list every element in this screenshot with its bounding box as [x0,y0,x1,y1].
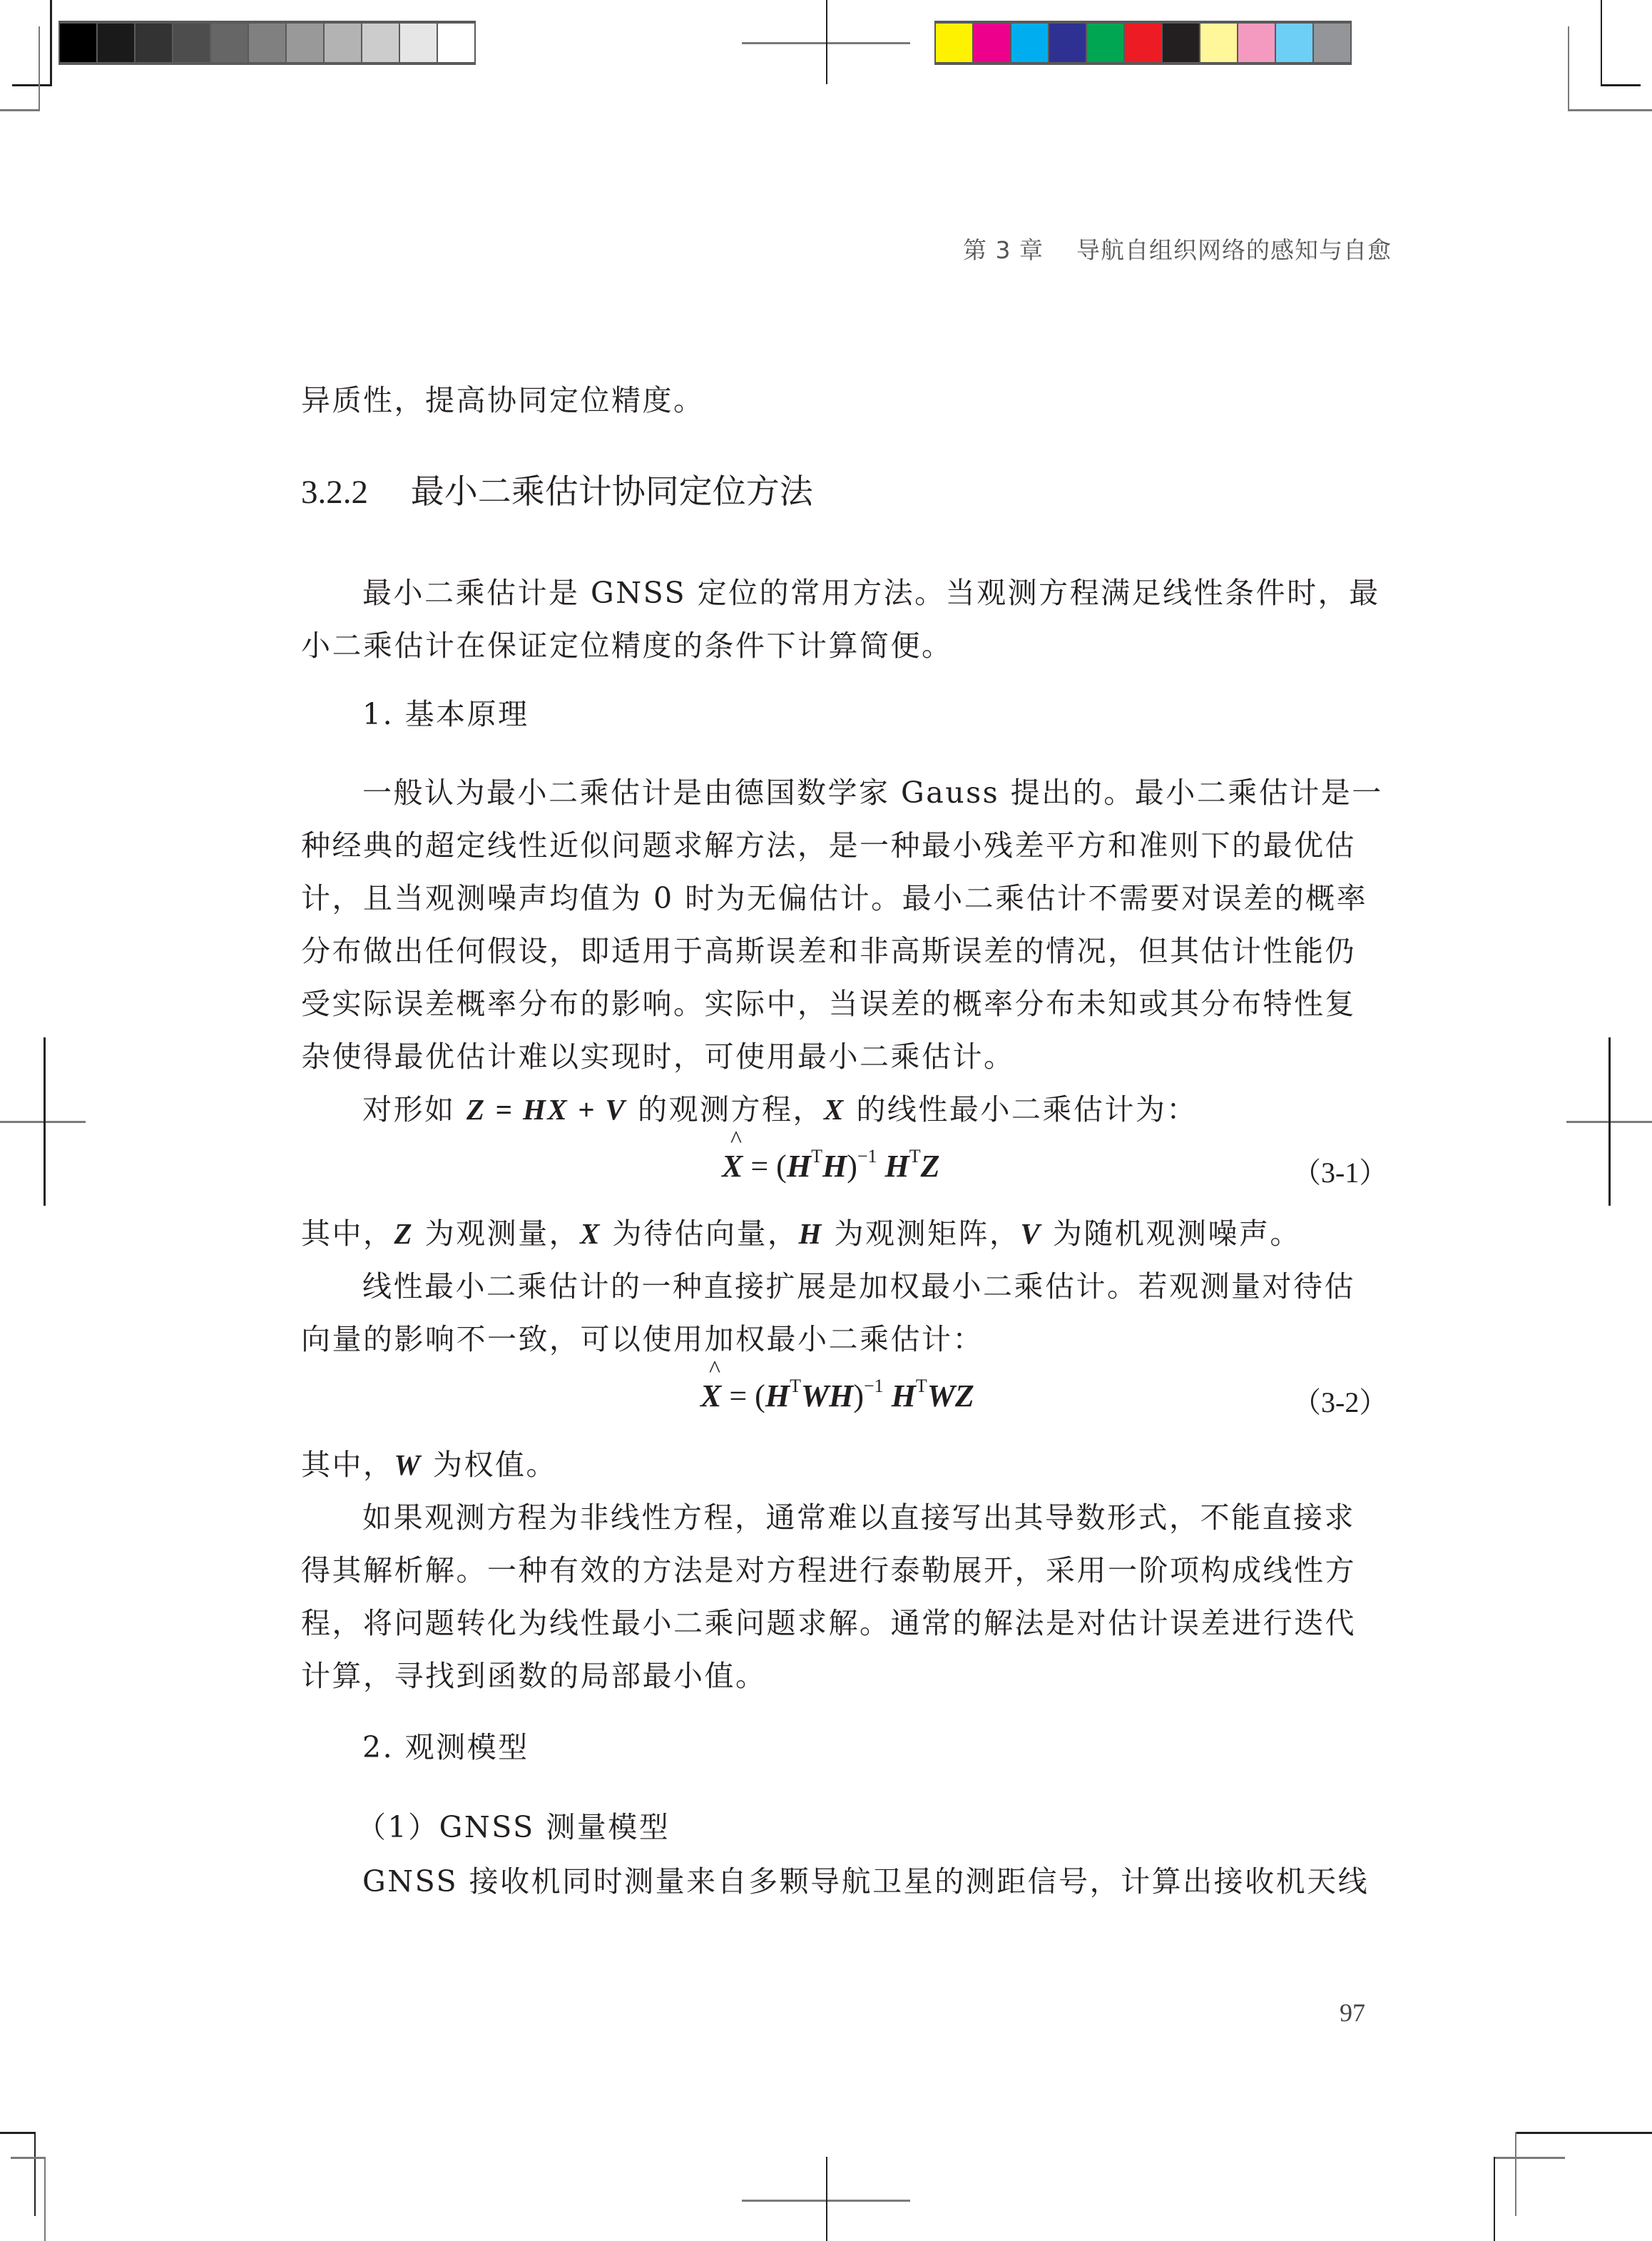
equation-number: （3-2） [1292,1380,1387,1421]
paragraph-line: 对形如 Z = HX + V 的观测方程，X 的线性最小二乘估计为： [362,1086,1198,1128]
color-calibration-bar [934,21,1352,65]
equation-number: （3-1） [1292,1150,1387,1191]
color-swatch [1163,24,1199,62]
crop-mark [0,109,40,111]
paragraph-line: 其中，Z 为观测量，X 为待估向量，H 为观测矩阵，V 为随机观测噪声。 [301,1210,1301,1252]
crop-mark [1568,26,1569,111]
color-swatch [249,24,285,62]
math-h: H [799,1217,823,1250]
text: 为观测量， [414,1216,580,1251]
math-h: H [787,1149,811,1184]
paragraph-line: 其中，W 为权值。 [301,1441,557,1483]
chapter-number: 第 3 章 [963,236,1044,264]
paragraph-line: 线性最小二乘估计的一种直接扩展是加权最小二乘估计。若观测量对待估 [362,1263,1355,1305]
transpose: T [916,1376,927,1396]
continuation-text: 异质性，提高协同定位精度。 [301,377,705,419]
crop-mark [39,26,40,111]
paragraph-line: 受实际误差概率分布的影响。实际中，当误差的概率分布未知或其分布特性复 [301,980,1356,1022]
paren: ) [853,1378,864,1413]
color-swatch [1276,24,1312,62]
section-number: 3.2.2 [301,474,368,511]
section-heading: 3.2.2 最小二乘估计协同定位方法 [301,465,813,513]
grayscale-calibration-bar [58,21,476,65]
crop-mark [0,2132,35,2134]
crop-mark [1515,2132,1516,2216]
color-swatch [211,24,248,62]
inverse: −1 [864,1376,884,1396]
text: 的观测方程， [626,1092,824,1127]
crop-mark [11,2157,45,2159]
color-swatch [438,24,474,62]
subheading-basic-principle: 1. 基本原理 [362,691,529,733]
color-swatch [1125,24,1161,62]
transpose: T [790,1376,801,1396]
color-swatch [974,24,1010,62]
x-hat: X [722,1148,743,1184]
color-swatch [1049,24,1086,62]
color-swatch [1087,24,1123,62]
math-h: H [765,1378,790,1413]
color-swatch [325,24,361,62]
registration-mark [0,1121,86,1123]
math-x: X [580,1217,601,1250]
crop-mark [1515,2132,1652,2134]
equation-3-1: X = (HTH)−1 HTZ [722,1146,940,1184]
color-swatch [1314,24,1350,62]
subheading-observation-model: 2. 观测模型 [362,1724,529,1766]
paragraph-line: 得其解析解。一种有效的方法是对方程进行泰勒展开，采用一阶项构成线性方 [301,1547,1356,1589]
subheading-gnss-model: （1）GNSS 测量模型 [357,1804,670,1846]
paragraph-line: 种经典的超定线性近似问题求解方法，是一种最小残差平方和准则下的最优估 [301,822,1356,864]
crop-mark [1601,0,1602,84]
color-swatch [98,24,134,62]
paragraph-line: 一般认为最小二乘估计是由德国数学家 Gauss 提出的。最小二乘估计是一 [362,769,1383,811]
math-h: H [892,1378,916,1413]
math-h: H [822,1149,847,1184]
text: 为待估向量， [601,1216,799,1251]
eq-sign: = ( [721,1378,765,1413]
chapter-title: 导航自组织网络的感知与自愈 [1076,236,1392,264]
paragraph-line: 计算，寻找到函数的局部最小值。 [301,1652,767,1694]
crop-mark [12,84,52,86]
color-swatch [60,24,96,62]
math-wh: WH [801,1378,853,1413]
equation-3-2: X = (HTWH)−1 HTWZ [700,1376,974,1414]
text: 为权值。 [422,1448,557,1482]
color-swatch [400,24,437,62]
color-swatch [287,24,323,62]
color-swatch [1238,24,1275,62]
text: 对形如 [362,1092,466,1127]
math-h: H [885,1149,909,1184]
paren: ) [847,1149,857,1184]
color-swatch [173,24,210,62]
crop-mark [34,2132,36,2216]
registration-mark [44,1037,46,1206]
paragraph-line: 程，将问题转化为线性最小二乘问题求解。通常的解法是对估计误差进行迭代 [301,1600,1356,1642]
math-z: Z [921,1149,940,1184]
color-swatch [362,24,399,62]
text: 其中， [301,1448,394,1482]
crop-mark [44,2157,46,2241]
color-swatch [936,24,972,62]
running-head: 第 3 章 导航自组织网络的感知与自愈 [963,232,1392,265]
color-swatch [1011,24,1048,62]
crop-mark [1494,2157,1495,2241]
paragraph-line: 如果观测方程为非线性方程，通常难以直接写出其导数形式，不能直接求 [362,1494,1355,1536]
registration-mark [826,2157,827,2241]
transpose: T [811,1146,822,1167]
crop-mark [50,0,52,84]
math-var: X [824,1093,845,1126]
registration-mark [1608,1037,1611,1206]
registration-mark [826,0,827,84]
text: 为观测矩阵， [823,1216,1021,1251]
page-number: 97 [1340,1998,1365,2028]
text: 其中， [301,1216,394,1251]
math-model: Z = HX + V [466,1093,626,1126]
color-swatch [1200,24,1237,62]
crop-mark [1494,2157,1565,2159]
paragraph-line: 分布做出任何假设，即适用于高斯误差和非高斯误差的情况，但其估计性能仍 [301,928,1356,970]
text: 为随机观测噪声。 [1041,1216,1301,1251]
crop-mark [1601,84,1641,86]
math-w: W [394,1448,422,1481]
eq-sign: = ( [743,1149,786,1184]
paragraph-line: GNSS 接收机同时测量来自多颗导航卫星的测距信号，计算出接收机天线 [362,1858,1369,1900]
paragraph-line: 向量的影响不一致，可以使用加权最小二乘估计： [301,1316,984,1358]
math-wz: WZ [927,1378,974,1413]
math-v: V [1020,1217,1041,1250]
intro-line: 最小二乘估计是 GNSS 定位的常用方法。当观测方程满足线性条件时，最 [362,569,1380,611]
x-hat: X [700,1378,721,1414]
math-z: Z [394,1217,414,1250]
paragraph-line: 计，且当观测噪声均值为 0 时为无偏估计。最小二乘估计不需要对误差的概率 [301,875,1367,917]
paragraph-line: 杂使得最优估计难以实现时，可使用最小二乘估计。 [301,1033,1015,1075]
crop-mark [1568,109,1652,111]
section-title: 最小二乘估计协同定位方法 [411,472,813,512]
color-swatch [136,24,172,62]
transpose: T [909,1146,921,1167]
inverse: −1 [857,1146,877,1167]
intro-line: 小二乘估计在保证定位精度的条件下计算简便。 [301,622,953,664]
text: 的线性最小二乘估计为： [845,1092,1198,1127]
